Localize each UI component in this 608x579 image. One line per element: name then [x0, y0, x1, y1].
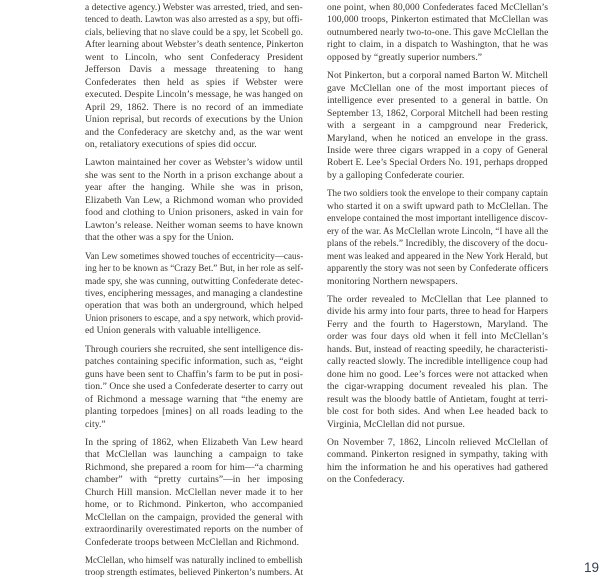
- text-line: ment was leaked and appeared in the New …: [327, 251, 538, 263]
- text-line: cials, believing that no slave could be …: [85, 27, 293, 39]
- text-line: Elizabeth Van Lew, a Richmond woman who …: [85, 195, 303, 207]
- text-line: and the Confederacy are sketchy and, as …: [85, 127, 303, 139]
- text-line: him the information he and his operative…: [327, 462, 548, 474]
- text-line: chamber” with “pretty curtains”—in her i…: [85, 474, 303, 486]
- text-line: on the Confederacy.: [327, 474, 548, 486]
- text-line: monitoring Northern newspapers.: [327, 276, 548, 288]
- text-line: Lawton’s release. Neither woman seems to…: [85, 220, 303, 232]
- text-line: tenced to death. Lawton was also arreste…: [85, 14, 290, 26]
- text-line: In the spring of 1862, when Elizabeth Va…: [85, 437, 303, 449]
- text-line: McClellan, who himself was naturally inc…: [85, 555, 289, 567]
- text-line: result was the bloody battle of Antietam…: [327, 394, 548, 406]
- text-column-right: one point, when 80,000 Confederates face…: [327, 2, 548, 487]
- text-line: she was sent to the North in a prison ex…: [85, 170, 303, 182]
- text-line: On November 7, 1862, Lincoln relieved Mc…: [327, 437, 548, 449]
- paragraph: one point, when 80,000 Confederates face…: [327, 2, 548, 64]
- text-line: divide his army into four parts, three t…: [327, 306, 548, 318]
- paragraph: In the spring of 1862, when Elizabeth Va…: [85, 437, 303, 549]
- text-line: home, or to Richmond. Pinkerton, who acc…: [85, 499, 303, 511]
- text-line: command. Pinkerton resigned in sympathy,…: [327, 449, 548, 461]
- text-line: apparently the story was not seen by Con…: [327, 263, 546, 275]
- page-number: 19: [584, 560, 599, 575]
- text-line: Confederate troops between McClellan and…: [85, 537, 303, 549]
- text-line: tion.” Once she used a Confederate deser…: [85, 381, 303, 393]
- text-line: extraordinarily overestimated reports on…: [85, 524, 303, 536]
- text-line: made spy, she was cunning, outwitting Co…: [85, 276, 295, 288]
- text-line: The two soldiers took the envelope to th…: [327, 188, 535, 200]
- text-line: who started it on a swift upward path to…: [327, 201, 548, 213]
- text-line: Ferry and the fourth to Hagerstown, Mary…: [327, 319, 548, 331]
- text-line: one point, when 80,000 Confederates face…: [327, 2, 548, 14]
- text-line: September 13, 1862, Corporal Mitchell ha…: [327, 108, 548, 120]
- text-line: plans of the rebels.” Incredibly, the di…: [327, 238, 543, 250]
- text-line: cally reacted slowly. The incredible int…: [327, 356, 545, 368]
- text-line: operation that was both an underground, …: [85, 300, 303, 312]
- text-line: planting torpedoes [mines] on all roads …: [85, 406, 303, 418]
- text-line: guns have been sent to Chaffin’s farm to…: [85, 369, 303, 381]
- paragraph: The two soldiers took the envelope to th…: [327, 188, 548, 288]
- text-line: envelope contained the most important in…: [327, 213, 539, 225]
- text-line: Virginia, McClellan did not pursue.: [327, 419, 548, 431]
- text-line: by a galloping Confederate courier.: [327, 170, 548, 182]
- text-line: intelligence ever presented to a general…: [327, 95, 548, 107]
- text-line: patches containing specific information,…: [85, 356, 303, 368]
- paragraph: McClellan, who himself was naturally inc…: [85, 555, 303, 579]
- text-line: opposed by “greatly superior numbers.”: [327, 52, 548, 64]
- text-line: Lawton maintained her cover as Webster’s…: [85, 157, 303, 169]
- text-line: 100,000 troops, Pinkerton estimated that…: [327, 14, 548, 26]
- text-line: April 29, 1862. There is no record of an…: [85, 102, 303, 114]
- text-line: Union prisoners to escape, and a spy net…: [85, 313, 286, 325]
- text-line: of Richmond a message warning that “the …: [85, 394, 303, 406]
- text-line: that the other was a spy for the Union.: [85, 232, 303, 244]
- text-line: ed Union generals with valuable intellig…: [85, 325, 303, 337]
- text-line: gave McClellan one of the most important…: [327, 83, 548, 95]
- text-line: ery of the war. As McClellan wrote Linco…: [327, 226, 540, 238]
- text-line: Robert E. Lee’s Special Orders No. 191, …: [327, 157, 545, 169]
- text-line: troop strength estimates, believed Pinke…: [85, 567, 294, 579]
- text-line: Confederates then held as spies if Webst…: [85, 77, 303, 89]
- text-line: order was four days old when it fell int…: [327, 331, 548, 343]
- paragraph: On November 7, 1862, Lincoln relieved Mc…: [327, 437, 548, 487]
- text-line: food and clothing to Union prisoners, as…: [85, 207, 303, 219]
- book-page: a detective agency.) Webster was arreste…: [0, 0, 608, 579]
- text-line: year after the hanging. While she was in…: [85, 182, 303, 194]
- paragraph: The order revealed to McClellan that Lee…: [327, 294, 548, 431]
- text-line: outnumbered nearly two-to-one. This gave…: [327, 27, 546, 39]
- text-line: The order revealed to McClellan that Lee…: [327, 294, 548, 306]
- text-line: McClellan on the campaign, provided the …: [85, 512, 303, 524]
- text-line: Inside were three cigars wrapped in a co…: [327, 145, 548, 157]
- text-line: Richmond, she prepared a room for him—“a…: [85, 462, 303, 474]
- text-line: executed. Despite Lincoln’s message, he …: [85, 89, 303, 101]
- text-line: with a sergeant in a campground near Fre…: [327, 120, 548, 132]
- text-line: Union reprisal, but records of execution…: [85, 114, 303, 126]
- text-line: Not Pinkerton, but a corporal named Bart…: [327, 70, 548, 82]
- text-line: Maryland, when he noticed an envelope in…: [327, 133, 548, 145]
- text-line: Church Hill mansion. McClellan never mad…: [85, 487, 303, 499]
- paragraph: Through couriers she recruited, she sent…: [85, 344, 303, 431]
- paragraph: a detective agency.) Webster was arreste…: [85, 2, 303, 151]
- text-line: that McClellan was launching a campaign …: [85, 449, 303, 461]
- text-line: city.”: [85, 419, 303, 431]
- text-line: Van Lew sometimes showed touches of ecce…: [85, 251, 291, 263]
- text-line: tives, enciphering messages, and managin…: [85, 288, 300, 300]
- text-line: After learning about Webster’s death sen…: [85, 39, 300, 51]
- text-line: a detective agency.) Webster was arreste…: [85, 2, 299, 14]
- paragraph: Not Pinkerton, but a corporal named Bart…: [327, 70, 548, 182]
- paragraph: Lawton maintained her cover as Webster’s…: [85, 157, 303, 244]
- text-line: on, retaliatory executions of spies did …: [85, 139, 303, 151]
- text-line: Through couriers she recruited, she sent…: [85, 344, 301, 356]
- text-line: ing her to be known as “Crazy Bet.” But,…: [85, 263, 290, 275]
- text-line: Jefferson Davis a message threatening to…: [85, 64, 303, 76]
- text-line: right to claim, in a dispatch to Washing…: [327, 39, 548, 51]
- paragraph: Van Lew sometimes showed touches of ecce…: [85, 251, 303, 338]
- text-line: ble cost for both sides. And when Lee he…: [327, 406, 548, 418]
- text-line: done him no good. Lee’s forces were not …: [327, 369, 548, 381]
- text-line: the cigar-wrapping document revealed his…: [327, 381, 548, 393]
- text-line: hands. But, instead of reacting speedily…: [327, 344, 548, 356]
- text-column-left: a detective agency.) Webster was arreste…: [85, 2, 303, 579]
- text-line: went to Lincoln, who sent Confederacy Pr…: [85, 52, 303, 64]
